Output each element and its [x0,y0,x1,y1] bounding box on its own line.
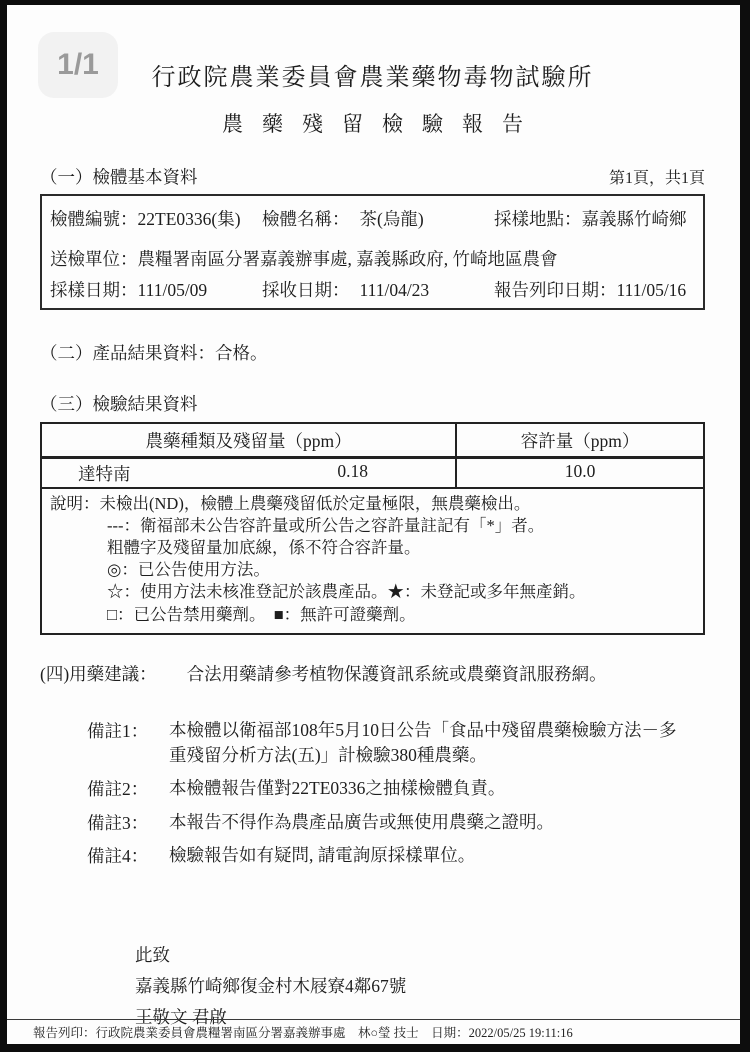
sample-info-row-3: 採樣日期：111/05/09 採收日期：111/04/23 報告列印日期：111… [50,277,695,302]
submitting-unit-field: 送檢單位：農糧署南區分署嘉義辦事處, 嘉義縣政府, 竹崎地區農會 [50,246,558,271]
remark-text: 本檢體報告僅對22TE0336之抽樣檢體負責。 [169,776,505,801]
sampling-location-label: 採樣地點： [494,209,582,229]
harvest-date-value: 111/04/23 [360,280,430,300]
photo-frame: 1/1 行政院農業委員會農業藥物毒物試驗所 農藥殘留檢驗報告 （一）檢體基本資料… [0,0,750,1052]
sampling-date-value: 111/05/09 [138,280,208,300]
sampling-location-field: 採樣地點：嘉義縣竹崎鄉 [494,206,695,231]
sample-number-value: 22TE0336(集) [138,209,241,229]
sample-name-label: 檢體名稱： [262,209,350,229]
residue-column-header: 農藥種類及殘留量（ppm） [42,424,457,456]
recipient-address: 嘉義縣竹崎鄉復金村木屐寮4鄰67號 [135,975,406,997]
residue-value: 0.18 [250,461,455,486]
remark-item: 備註3： 本報告不得作為農產品廣告或無使用農藥之證明。 [87,810,705,835]
harvest-date-field: 採收日期：111/04/23 [262,277,494,302]
remark-text: 檢驗報告如有疑問, 請電詢原採樣單位。 [169,843,475,868]
remark-label: 備註2： [87,776,153,801]
note-line: 說明：未檢出(ND)，檢體上農藥殘留低於定量極限，無農藥檢出。 [50,493,695,515]
note-line: ---：衛福部未公告容許量或所公告之容許量註記有「*」者。 [50,515,695,537]
section1-header-row: （一）檢體基本資料 第1頁，共1頁 [40,164,705,189]
section1-heading: （一）檢體基本資料 [40,164,198,189]
remark-text: 本報告不得作為農產品廣告或無使用農藥之證明。 [169,810,554,835]
salutation: 此致 [135,944,406,966]
harvest-date-label: 採收日期： [262,280,350,300]
note-line: □：已公告禁用藥劑。 ■：無許可證藥劑。 [50,604,695,626]
page-counter-badge: 1/1 [38,32,118,98]
report-page: 1/1 行政院農業委員會農業藥物毒物試驗所 農藥殘留檢驗報告 （一）檢體基本資料… [7,5,740,1044]
tolerance-value: 10.0 [457,459,703,487]
result-notes: 說明：未檢出(ND)，檢體上農藥殘留低於定量極限，無農藥檢出。 ---：衛福部未… [42,489,703,633]
result-table-header: 農藥種類及殘留量（ppm） 容許量（ppm） [42,424,703,459]
sample-info-row-1: 檢體編號：22TE0336(集) 檢體名稱：茶(烏龍) 採樣地點：嘉義縣竹崎鄉 [50,206,695,231]
submitting-unit-value: 農糧署南區分署嘉義辦事處, 嘉義縣政府, 竹崎地區農會 [138,249,558,269]
sample-info-row-2: 送檢單位：農糧署南區分署嘉義辦事處, 嘉義縣政府, 竹崎地區農會 [50,246,695,271]
result-table: 農藥種類及殘留量（ppm） 容許量（ppm） 達特南 0.18 10.0 說明：… [40,422,705,635]
sampling-date-label: 採樣日期： [50,280,138,300]
sample-info-table: 檢體編號：22TE0336(集) 檢體名稱：茶(烏龍) 採樣地點：嘉義縣竹崎鄉 … [40,194,705,310]
residue-cell: 達特南 0.18 [42,459,457,487]
remark-item: 備註2： 本檢體報告僅對22TE0336之抽樣檢體負責。 [87,776,705,801]
print-date-field: 報告列印日期：111/05/16 [494,277,695,302]
section4-heading: (四)用藥建議： [40,661,157,686]
tolerance-column-header: 容許量（ppm） [457,424,703,456]
print-date-value: 111/05/16 [617,280,687,300]
print-footer: 報告列印：行政院農業委員會農糧署南區分署嘉義辦事處 林○瑩 技士 日期：2022… [7,1019,740,1044]
section4-row: (四)用藥建議： 合法用藥請參考植物保護資訊系統或農藥資訊服務網。 [40,661,705,686]
sampling-date-field: 採樣日期：111/05/09 [50,277,262,302]
section2-heading: （二）產品結果資料：合格。 [40,340,705,365]
remarks-list: 備註1： 本檢體以衛福部108年5月10日公告「食品中殘留農藥檢驗方法－多重殘留… [40,718,705,869]
sample-number-field: 檢體編號：22TE0336(集) [50,206,262,231]
note-line: ☆：使用方法未核准登記於該農產品。★：未登記或多年無產銷。 [50,581,695,603]
sampling-location-value: 嘉義縣竹崎鄉 [582,209,687,229]
sample-number-label: 檢體編號： [50,209,138,229]
result-table-row: 達特南 0.18 10.0 [42,459,703,489]
section3-heading: （三）檢驗結果資料 [40,391,705,416]
remark-item: 備註1： 本檢體以衛福部108年5月10日公告「食品中殘留農藥檢驗方法－多重殘留… [87,718,705,769]
print-date-label: 報告列印日期： [494,280,617,300]
note-line: 粗體字及殘留量加底線，係不符合容許量。 [50,537,695,559]
report-content: 行政院農業委員會農業藥物毒物試驗所 農藥殘留檢驗報告 （一）檢體基本資料 第1頁… [7,57,740,869]
remark-label: 備註4： [87,843,153,868]
pesticide-name: 達特南 [42,461,250,486]
org-title: 行政院農業委員會農業藥物毒物試驗所 [40,57,705,92]
remark-label: 備註3： [87,810,153,835]
report-title: 農藥殘留檢驗報告 [40,108,705,138]
remark-item: 備註4： 檢驗報告如有疑問, 請電詢原採樣單位。 [87,843,705,868]
sample-name-field: 檢體名稱：茶(烏龍) [262,206,494,231]
closing-block: 此致 嘉義縣竹崎鄉復金村木屐寮4鄰67號 王敬文 君啟 [135,944,406,1028]
page-info: 第1頁，共1頁 [609,165,705,188]
sample-name-value: 茶(烏龍) [360,209,424,229]
remark-label: 備註1： [87,718,153,769]
section4-text: 合法用藥請參考植物保護資訊系統或農藥資訊服務網。 [187,661,607,686]
note-line: ◎：已公告使用方法。 [50,559,695,581]
submitting-unit-label: 送檢單位： [50,249,138,269]
remark-text: 本檢體以衛福部108年5月10日公告「食品中殘留農藥檢驗方法－多重殘留分析方法(… [169,718,691,769]
